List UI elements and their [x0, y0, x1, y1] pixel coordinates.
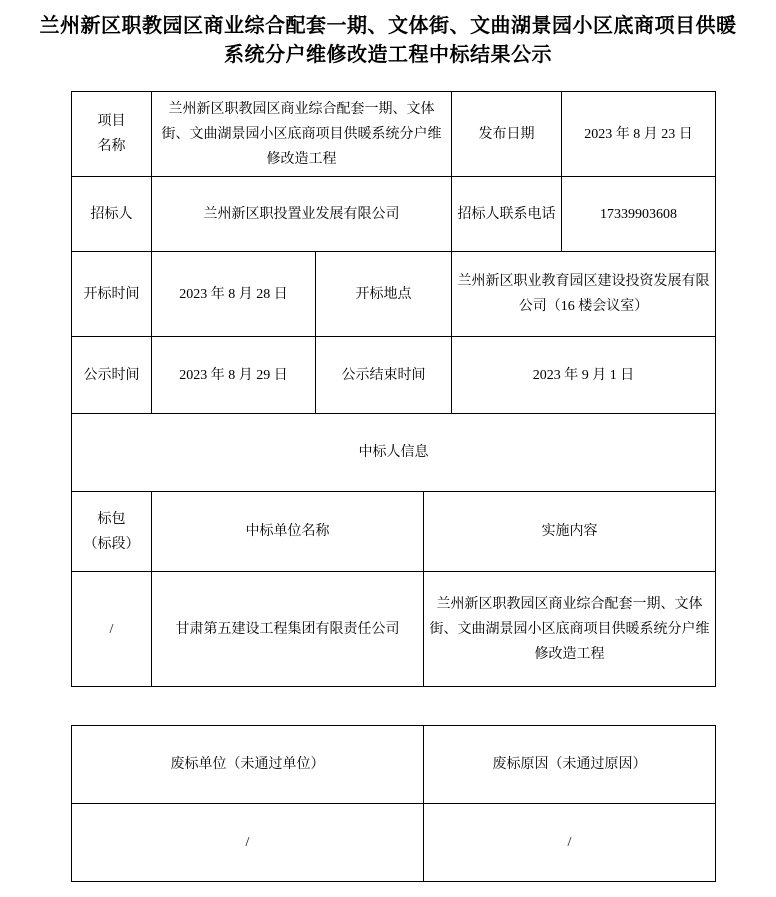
bid-opening-place-value: 兰州新区职业教育园区建设投资发展有限公司（16 楼会议室）: [452, 252, 716, 337]
tenderee-label: 招标人: [72, 177, 152, 252]
rejected-reason-header: 废标原因（未通过原因）: [424, 726, 716, 804]
bid-opening-time-label: 开标时间: [72, 252, 152, 337]
announcement-page: 兰州新区职教园区商业综合配套一期、文体街、文曲湖景园小区底商项目供暖系统分户维修…: [0, 0, 776, 897]
bid-result-table: 项目 名称 兰州新区职教园区商业综合配套一期、文体街、文曲湖景园小区底商项目供暖…: [71, 91, 716, 687]
table-row-winner-section-title: 中标人信息: [72, 414, 716, 492]
package-label: 标包 （标段）: [72, 492, 152, 572]
winner-name-header: 中标单位名称: [152, 492, 424, 572]
bid-opening-time-value: 2023 年 8 月 28 日: [152, 252, 316, 337]
tenderee-value: 兰州新区职投置业发展有限公司: [152, 177, 452, 252]
table-row-winner-header: 标包 （标段） 中标单位名称 实施内容: [72, 492, 716, 572]
winner-name-value: 甘肃第五建设工程集团有限责任公司: [152, 572, 424, 687]
rejected-unit-header: 废标单位（未通过单位）: [72, 726, 424, 804]
bid-opening-place-label: 开标地点: [316, 252, 452, 337]
publicity-time-label: 公示时间: [72, 337, 152, 414]
publicity-end-value: 2023 年 9 月 1 日: [452, 337, 716, 414]
rejected-unit-value: /: [72, 804, 424, 882]
publish-date-value: 2023 年 8 月 23 日: [562, 92, 716, 177]
content-header: 实施内容: [424, 492, 716, 572]
project-name-value: 兰州新区职教园区商业综合配套一期、文体街、文曲湖景园小区底商项目供暖系统分户维修…: [152, 92, 452, 177]
package-value: /: [72, 572, 152, 687]
rejected-bids-table: 废标单位（未通过单位） 废标原因（未通过原因） / /: [71, 725, 716, 882]
publicity-end-label: 公示结束时间: [316, 337, 452, 414]
table-row-winner-value: / 甘肃第五建设工程集团有限责任公司 兰州新区职教园区商业综合配套一期、文体街、…: [72, 572, 716, 687]
publicity-time-value: 2023 年 8 月 29 日: [152, 337, 316, 414]
table-row-project: 项目 名称 兰州新区职教园区商业综合配套一期、文体街、文曲湖景园小区底商项目供暖…: [72, 92, 716, 177]
table-row-tenderee: 招标人 兰州新区职投置业发展有限公司 招标人联系电话 17339903608: [72, 177, 716, 252]
publish-date-label: 发布日期: [452, 92, 562, 177]
content-value: 兰州新区职教园区商业综合配套一期、文体街、文曲湖景园小区底商项目供暖系统分户维修…: [424, 572, 716, 687]
table-row-publicity: 公示时间 2023 年 8 月 29 日 公示结束时间 2023 年 9 月 1…: [72, 337, 716, 414]
table-row-reject-header: 废标单位（未通过单位） 废标原因（未通过原因）: [72, 726, 716, 804]
rejected-reason-value: /: [424, 804, 716, 882]
tenderee-phone-label: 招标人联系电话: [452, 177, 562, 252]
table-row-bid-opening: 开标时间 2023 年 8 月 28 日 开标地点 兰州新区职业教育园区建设投资…: [72, 252, 716, 337]
project-name-label: 项目 名称: [72, 92, 152, 177]
table-row-reject-value: / /: [72, 804, 716, 882]
winner-section-title: 中标人信息: [72, 414, 716, 492]
page-title: 兰州新区职教园区商业综合配套一期、文体街、文曲湖景园小区底商项目供暖系统分户维修…: [35, 12, 741, 70]
tenderee-phone-value: 17339903608: [562, 177, 716, 252]
